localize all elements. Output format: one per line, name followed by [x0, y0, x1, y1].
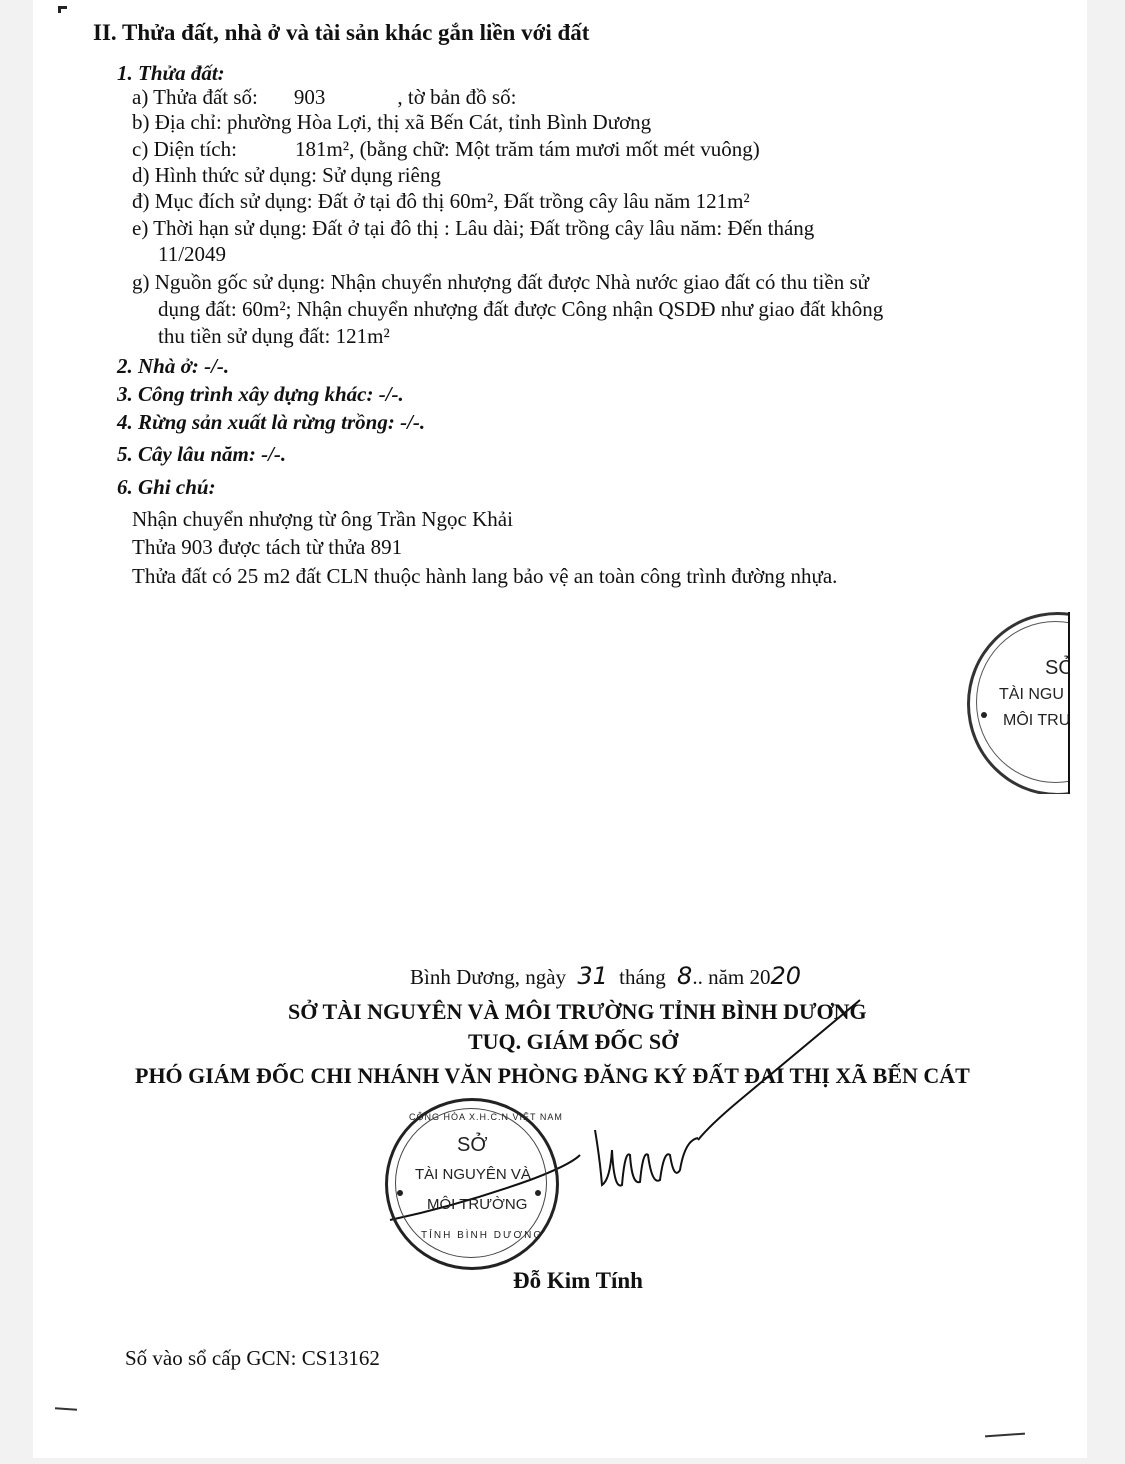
corner-mark [58, 6, 67, 13]
side-seal-edge [1068, 612, 1070, 794]
handwritten-month: 8 [677, 962, 692, 990]
handwritten-day: 31 [577, 962, 608, 990]
side-seal-line3: MÔI TRƯ [1003, 712, 1070, 730]
house-item: 2. Nhà ở: -/-. [117, 354, 229, 379]
construction-item: 3. Công trình xây dựng khác: -/-. [117, 382, 404, 407]
parcel-number: 903 [294, 85, 326, 109]
map-sheet-label: , tờ bản đồ số: [397, 85, 516, 109]
land-usage-form: d) Hình thức sử dụng: Sử dụng riêng [132, 163, 441, 188]
land-heading: 1. Thửa đất: [117, 61, 225, 86]
land-usage-purpose: đ) Mục đích sử dụng: Đất ở tại đô thị 60… [132, 189, 750, 214]
seal-ring-top: CỘNG HÒA X.H.C.N VIỆT NAM [409, 1112, 563, 1122]
section-title: II. Thửa đất, nhà ở và tài sản khác gắn … [93, 20, 589, 46]
perennial-item: 5. Cây lâu năm: -/-. [117, 442, 286, 467]
seal-line1: SỞ [457, 1134, 488, 1157]
signer-name: Đỗ Kim Tính [513, 1268, 643, 1294]
land-origin-2: dụng đất: 60m²; Nhận chuyển nhượng đất đ… [158, 297, 883, 322]
seal-ring-bottom: TỈNH BÌNH DƯƠNG [421, 1230, 543, 1241]
land-area-row: c) Diện tích:181m², (bằng chữ: Một trăm … [132, 137, 760, 162]
seal-line2: TÀI NGUYÊN VÀ [415, 1166, 531, 1183]
seal-dot-icon [397, 1190, 403, 1196]
parcel-label: a) Thửa đất số: [132, 85, 258, 109]
note-line: Thửa 903 được tách từ thửa 891 [132, 535, 402, 560]
area-label: c) Diện tích: [132, 137, 237, 161]
side-official-seal: SỞ TÀI NGU MÔI TRƯ [965, 612, 1070, 794]
seal-dot-icon [981, 712, 987, 718]
registry-value: CS13162 [302, 1346, 380, 1370]
seal-line3: MÔI TRƯỜNG [427, 1196, 527, 1213]
note-line: Thửa đất có 25 m2 đất CLN thuộc hành lan… [132, 564, 837, 589]
note-line: Nhận chuyển nhượng từ ông Trần Ngọc Khải [132, 507, 513, 532]
handwritten-year: 20 [770, 962, 801, 990]
side-seal-line1: SỞ [1045, 657, 1070, 680]
land-parcel-row: a) Thửa đất số:903, tờ bản đồ số: [132, 85, 516, 110]
forest-item: 4. Rừng sản xuất là rừng trồng: -/-. [117, 410, 425, 435]
land-usage-term-1: e) Thời hạn sử dụng: Đất ở tại đô thị : … [132, 216, 814, 241]
notes-heading: 6. Ghi chú: [117, 475, 216, 500]
certificate-registry: Số vào sổ cấp GCN: CS13162 [125, 1346, 380, 1371]
area-value: 181m², (bằng chữ: Một trăm tám mươi mốt … [295, 137, 760, 161]
seal-dot-icon [535, 1190, 541, 1196]
land-origin-1: g) Nguồn gốc sử dụng: Nhận chuyển nhượng… [132, 270, 869, 295]
land-usage-term-2: 11/2049 [158, 242, 226, 267]
place-date: Bình Dương, ngày 31 tháng 8.. năm 2020 [410, 962, 801, 990]
side-seal-line2: TÀI NGU [999, 686, 1064, 704]
land-address: b) Địa chỉ: phường Hòa Lợi, thị xã Bến C… [132, 110, 651, 135]
registry-label: Số vào sổ cấp GCN: [125, 1346, 297, 1370]
land-origin-3: thu tiền sử dụng đất: 121m² [158, 324, 390, 349]
official-seal: SỞ TÀI NGUYÊN VÀ MÔI TRƯỜNG TỈNH BÌNH DƯ… [385, 1098, 560, 1271]
